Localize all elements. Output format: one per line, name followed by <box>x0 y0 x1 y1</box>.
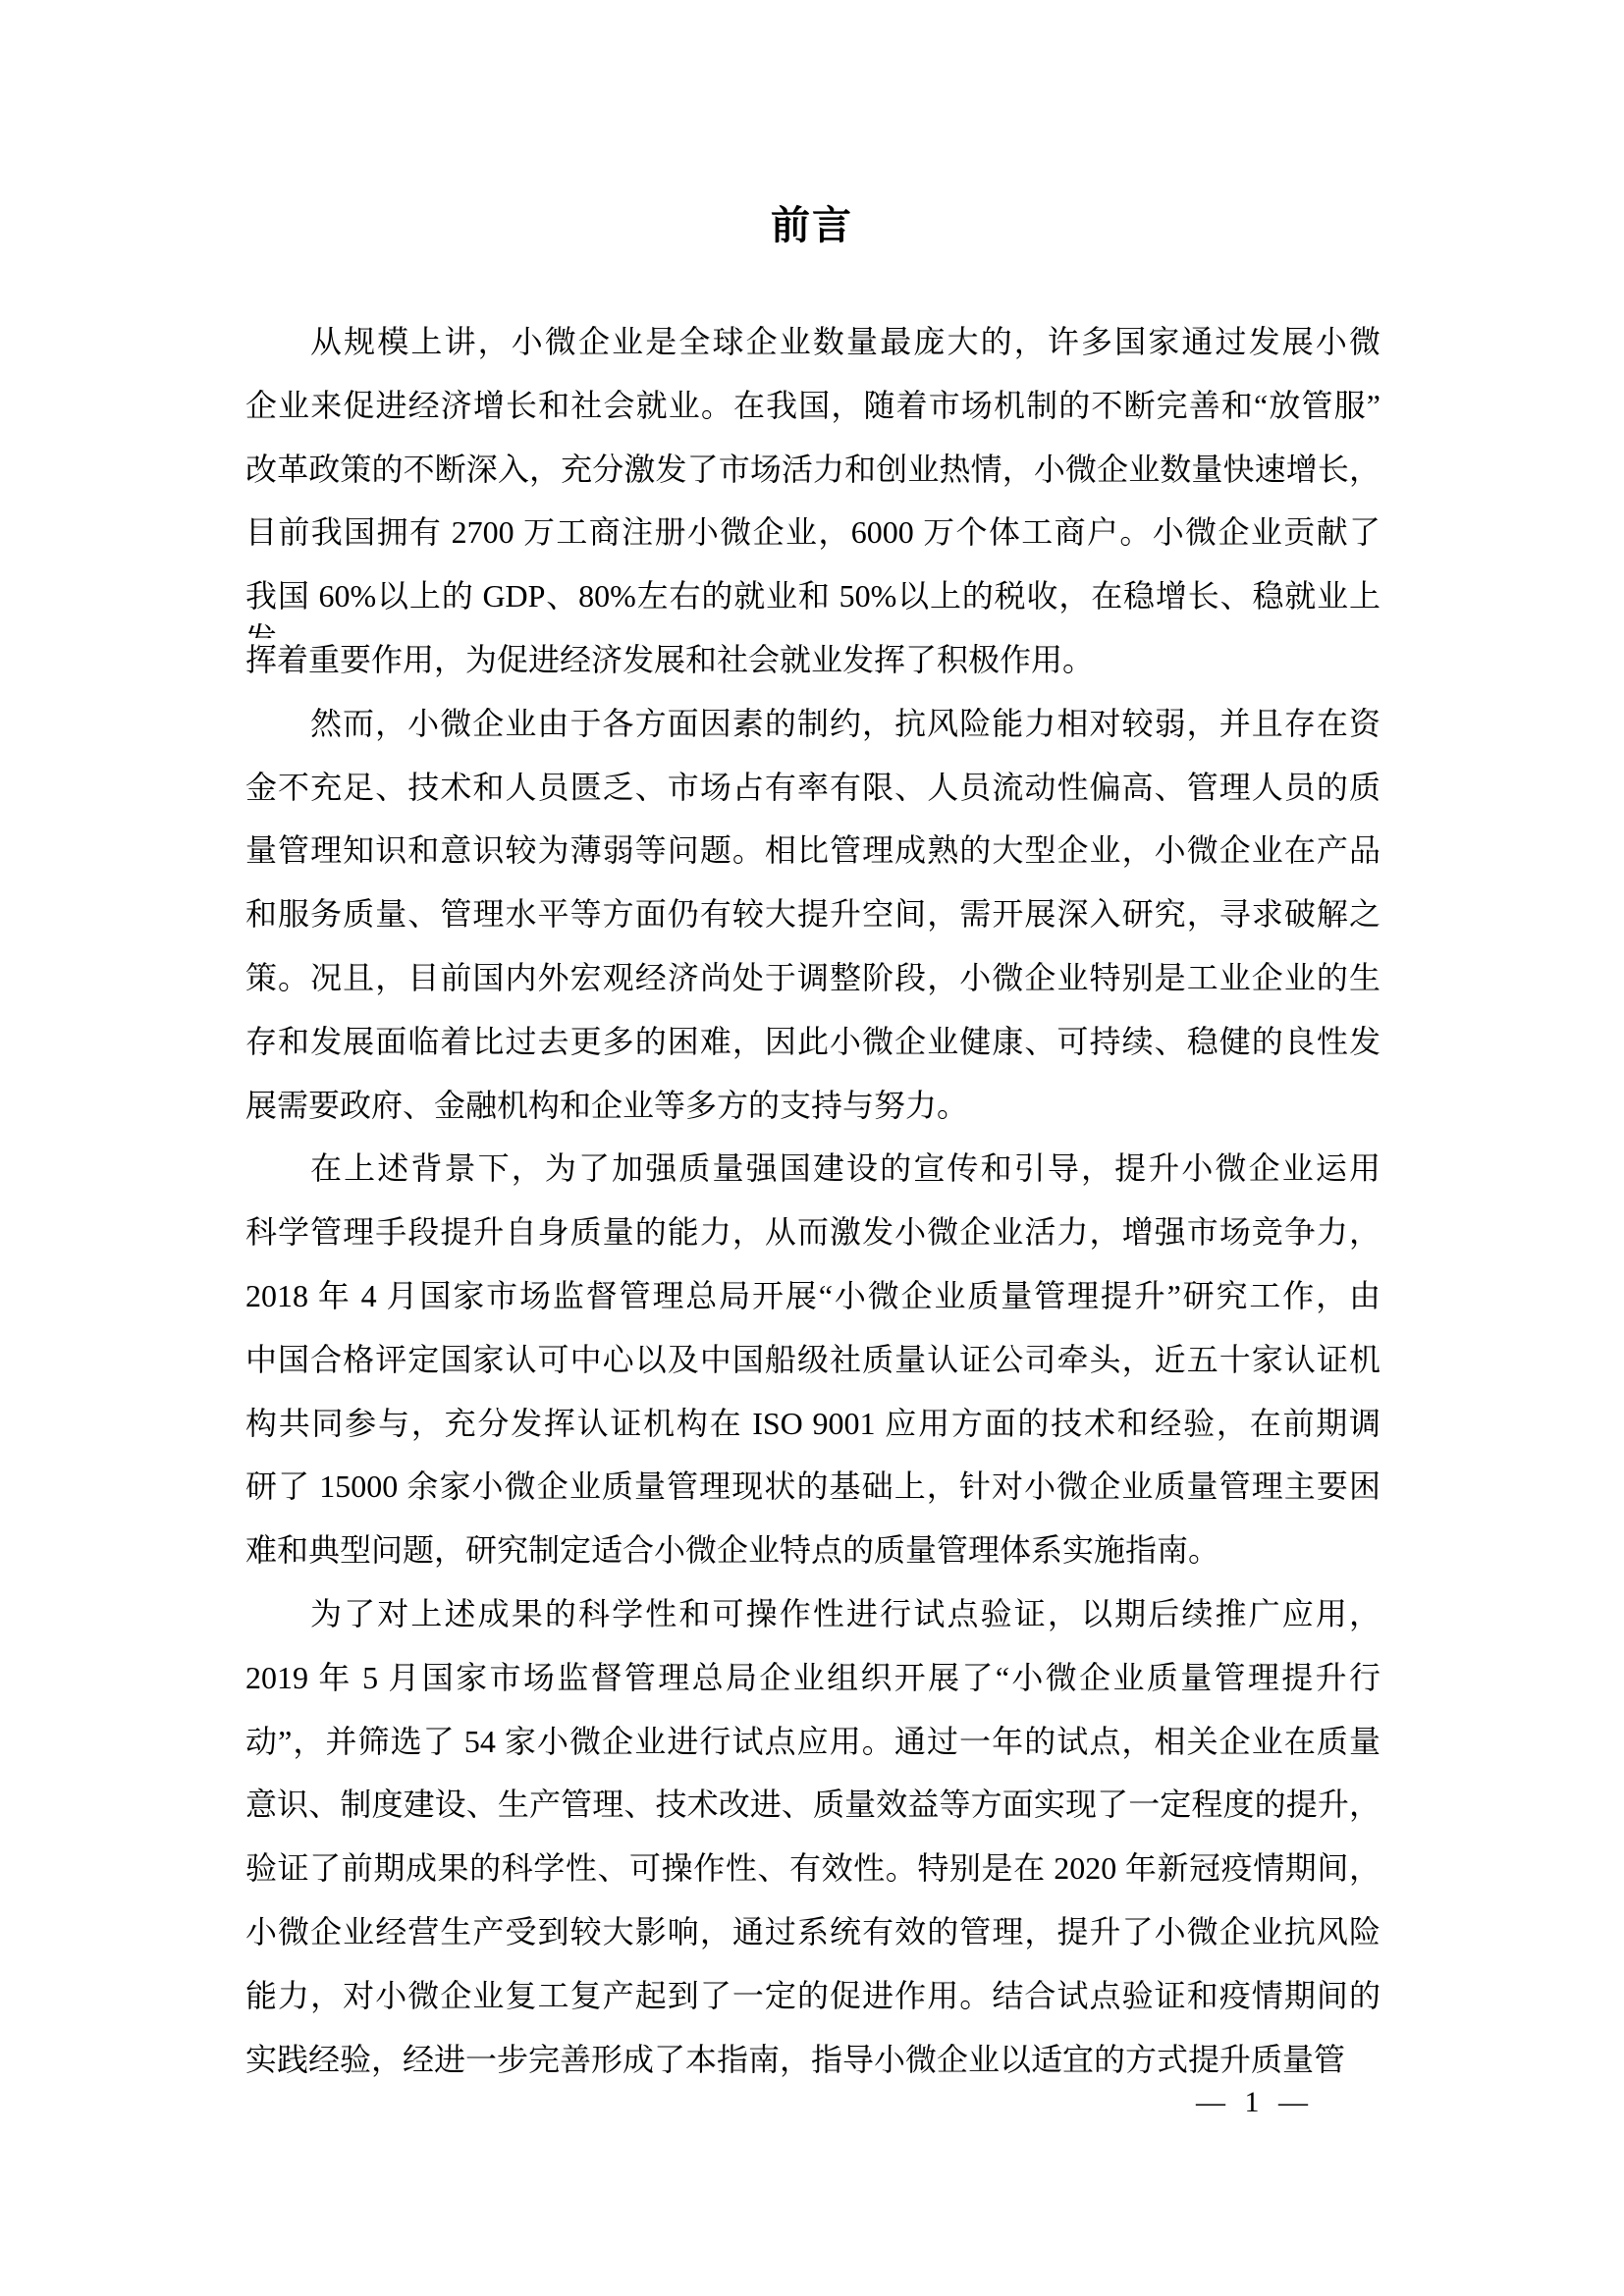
text-line: 挥着重要作用，为促进经济发展和社会就业发挥了积极作用。 <box>245 638 1380 702</box>
page-title: 前言 <box>0 202 1624 249</box>
text-line: 2018 年 4 月国家市场监督管理总局开展“小微企业质量管理提升”研究工作，由 <box>245 1274 1380 1338</box>
text-line: 中国合格评定国家认可中心以及中国船级社质量认证公司牵头，近五十家认证机 <box>245 1338 1380 1402</box>
text-line: 金不充足、技术和人员匮乏、市场占有率有限、人员流动性偏高、管理人员的质 <box>245 766 1380 829</box>
text-line: 能力，对小微企业复工复产起到了一定的促进作用。结合试点验证和疫情期间的 <box>245 1974 1380 2038</box>
text-line: 在上述背景下，为了加强质量强国建设的宣传和引导，提升小微企业运用 <box>245 1147 1380 1210</box>
text-line: 意识、制度建设、生产管理、技术改进、质量效益等方面实现了一定程度的提升， <box>245 1783 1380 1846</box>
text-line: 构共同参与，充分发挥认证机构在 ISO 9001 应用方面的技术和经验，在前期调 <box>245 1402 1380 1466</box>
text-line: 量管理知识和意识较为薄弱等问题。相比管理成熟的大型企业，小微企业在产品 <box>245 828 1380 892</box>
text-line: 目前我国拥有 2700 万工商注册小微企业，6000 万个体工商户。小微企业贡献… <box>245 510 1380 574</box>
text-line: 验证了前期成果的科学性、可操作性、有效性。特别是在 2020 年新冠疫情期间， <box>245 1846 1380 1910</box>
text-line: 小微企业经营生产受到较大影响，通过系统有效的管理，提升了小微企业抗风险 <box>245 1910 1380 1974</box>
text-line: 研了 15000 余家小微企业质量管理现状的基础上，针对小微企业质量管理主要困 <box>245 1465 1380 1528</box>
text-line: 策。况且，目前国内外宏观经济尚处于调整阶段，小微企业特别是工业企业的生 <box>245 956 1380 1020</box>
text-line: 为了对上述成果的科学性和可操作性进行试点验证，以期后续推广应用， <box>245 1592 1380 1656</box>
text-line: 2019 年 5 月国家市场监督管理总局企业组织开展了“小微企业质量管理提升行 <box>245 1656 1380 1720</box>
page-number: — 1 — <box>1196 2085 1314 2120</box>
text-line: 从规模上讲，小微企业是全球企业数量最庞大的，许多国家通过发展小微 <box>245 320 1380 384</box>
text-line: 动”，并筛选了 54 家小微企业进行试点应用。通过一年的试点，相关企业在质量 <box>245 1720 1380 1784</box>
text-line: 展需要政府、金融机构和企业等多方的支持与努力。 <box>245 1084 1380 1148</box>
text-line: 企业来促进经济增长和社会就业。在我国，随着市场机制的不断完善和“放管服” <box>245 384 1380 448</box>
text-line: 和服务质量、管理水平等方面仍有较大提升空间，需开展深入研究，寻求破解之 <box>245 892 1380 956</box>
text-line: 存和发展面临着比过去更多的困难，因此小微企业健康、可持续、稳健的良性发 <box>245 1020 1380 1084</box>
text-line: 我国 60%以上的 GDP、80%左右的就业和 50%以上的税收，在稳增长、稳就… <box>245 574 1380 638</box>
text-line: 然而，小微企业由于各方面因素的制约，抗风险能力相对较弱，并且存在资 <box>245 702 1380 766</box>
document-page: 前言 从规模上讲，小微企业是全球企业数量最庞大的，许多国家通过发展小微企业来促进… <box>0 0 1624 2296</box>
text-line: 难和典型问题，研究制定适合小微企业特点的质量管理体系实施指南。 <box>245 1528 1380 1592</box>
body-text: 从规模上讲，小微企业是全球企业数量最庞大的，许多国家通过发展小微企业来促进经济增… <box>245 320 1380 2101</box>
text-line: 科学管理手段提升自身质量的能力，从而激发小微企业活力，增强市场竞争力， <box>245 1210 1380 1274</box>
text-line: 改革政策的不断深入，充分激发了市场活力和创业热情，小微企业数量快速增长， <box>245 448 1380 511</box>
